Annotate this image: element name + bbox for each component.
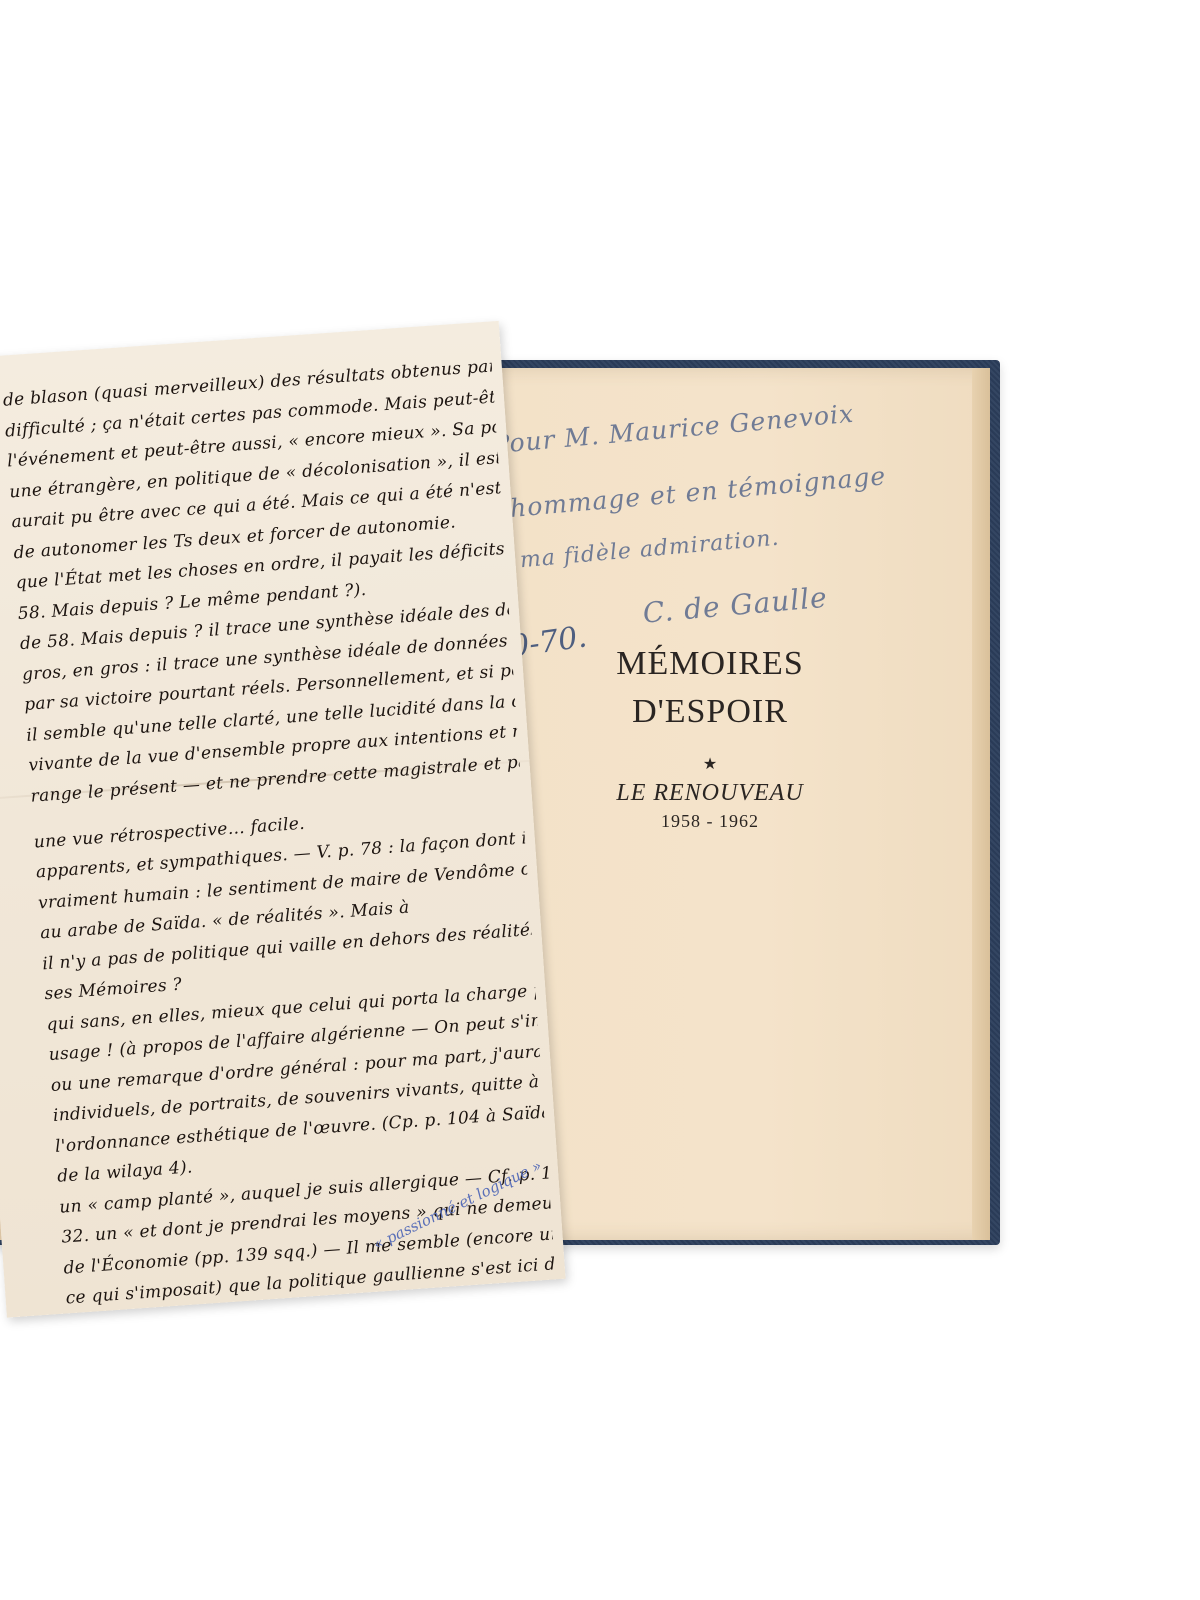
volume-title: LE RENOUVEAU [590, 780, 830, 807]
book-title-line-1: MÉMOIRES [590, 640, 830, 688]
printed-title-block: MÉMOIRES D'ESPOIR ★ LE RENOUVEAU 1958 - … [590, 640, 830, 832]
photo-stage: Pour M. Maurice Genevoix en hommage et e… [0, 0, 1200, 1600]
volume-years: 1958 - 1962 [590, 811, 830, 832]
page-edge [972, 368, 990, 1240]
book-title-line-2: D'ESPOIR [590, 688, 830, 736]
star-ornament-icon: ★ [590, 754, 830, 774]
handwritten-letter: de blason (quasi merveilleux) des résult… [0, 321, 566, 1318]
letter-line: « Propos » dont on peut se demander, plu… [69, 1310, 560, 1317]
letter-text: de blason (quasi merveilleux) des résult… [2, 352, 566, 1318]
